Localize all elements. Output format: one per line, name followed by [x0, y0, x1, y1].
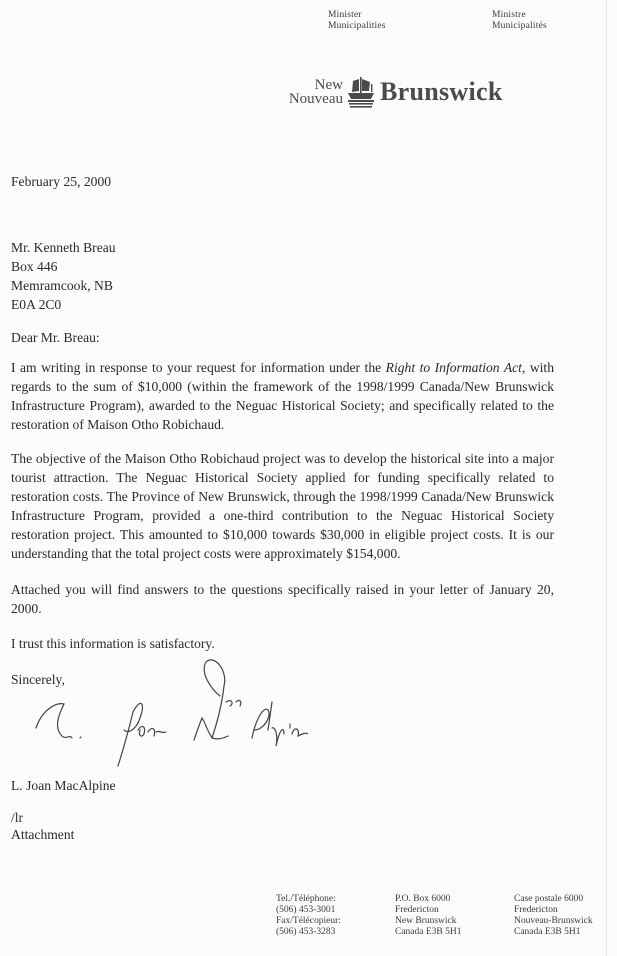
phone-label: Tel./Téléphone: — [276, 894, 341, 905]
province-logo: New Nouveau Brunswick — [268, 75, 538, 111]
dept-name-fr: Municipalités — [492, 21, 547, 32]
footer-address-en: P.O. Box 6000 Fredericton New Brunswick … — [395, 894, 462, 938]
logo-line-new: New — [268, 78, 343, 92]
salutation: Dear Mr. Breau: — [11, 328, 100, 347]
act-title: Right to Information Act — [386, 360, 522, 375]
footer-address-fr: Case postale 6000 Fredericton Nouveau-Br… — [514, 894, 593, 938]
phone-number: (506) 453-3001 — [276, 905, 341, 916]
recipient-address-line2: Memramcook, NB — [11, 276, 116, 295]
fax-number: (506) 453-3283 — [276, 927, 341, 938]
city-en: Fredericton — [395, 905, 462, 916]
dept-name-en: Municipalities — [328, 21, 386, 32]
enclosure-notation: Attachment — [11, 825, 74, 844]
ship-icon — [346, 76, 376, 108]
signatory-name: L. Joan MacAlpine — [11, 776, 116, 795]
paragraph-1-intro: I am writing in response to your request… — [11, 360, 386, 375]
logo-brunswick-text: Brunswick — [380, 77, 503, 107]
po-box: P.O. Box 6000 — [395, 894, 462, 905]
paragraph-3: Attached you will find answers to the qu… — [11, 580, 554, 618]
dept-title-en: Minister — [328, 10, 386, 21]
recipient-address-line1: Box 446 — [11, 257, 116, 276]
footer-contact: Tel./Téléphone: (506) 453-3001 Fax/Téléc… — [276, 894, 341, 938]
recipient-name: Mr. Kenneth Breau — [11, 238, 116, 257]
letterhead-french-dept: Ministre Municipalités — [492, 10, 547, 32]
logo-line-nouveau: Nouveau — [268, 92, 343, 106]
letter-date: February 25, 2000 — [11, 172, 111, 191]
paragraph-1: I am writing in response to your request… — [11, 358, 554, 434]
scan-artifact-line — [606, 0, 607, 956]
city-fr: Fredericton — [514, 905, 593, 916]
recipient-address: Mr. Kenneth Breau Box 446 Memramcook, NB… — [11, 238, 116, 314]
dept-title-fr: Ministre — [492, 10, 547, 21]
country-postal-en: Canada E3B 5H1 — [395, 927, 462, 938]
logo-new-nouveau: New Nouveau — [268, 78, 343, 106]
province-fr: Nouveau-Brunswick — [514, 916, 593, 927]
country-postal-fr: Canada E3B 5H1 — [514, 927, 593, 938]
paragraph-2: The objective of the Maison Otho Robicha… — [11, 449, 554, 563]
fax-label: Fax/Télécopieur: — [276, 916, 341, 927]
recipient-postal-code: E0A 2C0 — [11, 295, 116, 314]
province-en: New Brunswick — [395, 916, 462, 927]
letterhead-english-dept: Minister Municipalities — [328, 10, 386, 32]
case-postale: Case postale 6000 — [514, 894, 593, 905]
paragraph-4: I trust this information is satisfactory… — [11, 634, 215, 653]
handwritten-signature: L. Joan MacAlpine — [28, 658, 308, 768]
